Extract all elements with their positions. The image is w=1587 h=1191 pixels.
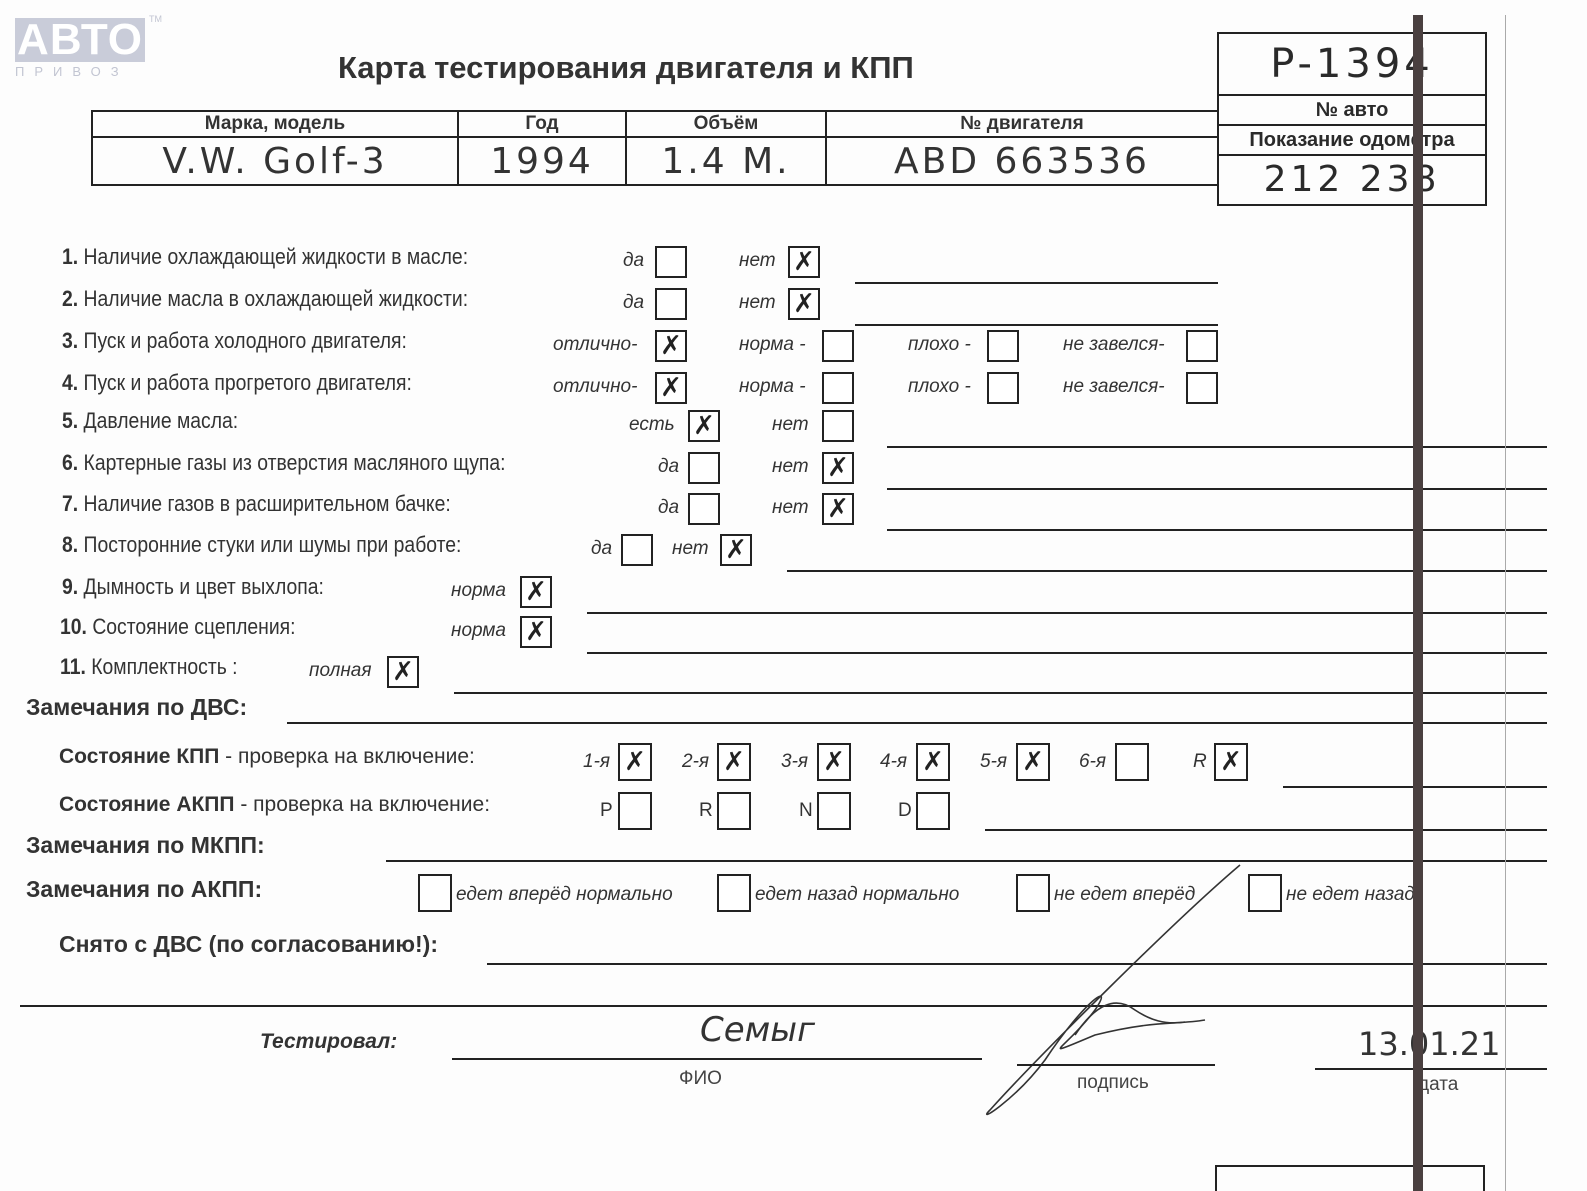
- option-label: нет: [772, 456, 809, 478]
- gear-checkbox[interactable]: ✗: [618, 743, 652, 781]
- question-text: Наличие охлаждающей жидкости в масле:: [84, 244, 469, 269]
- question-number: 1.: [62, 244, 78, 269]
- gear-label: 2-я: [682, 751, 709, 773]
- checkbox[interactable]: ✗: [688, 410, 720, 442]
- checkbox[interactable]: [655, 246, 687, 278]
- engine-no-value: ABD 663536: [826, 137, 1218, 185]
- question-number: 3.: [62, 328, 78, 353]
- option-label: нет: [772, 497, 809, 519]
- date-value: 13.01.21: [1358, 1025, 1501, 1063]
- question-text: Дымность и цвет выхлопа:: [84, 574, 324, 599]
- question-text: Наличие масла в охлаждающей жидкости:: [84, 286, 469, 311]
- gear-checkbox[interactable]: [717, 792, 751, 830]
- checkbox[interactable]: [621, 534, 653, 566]
- gear-checkbox[interactable]: [618, 792, 652, 830]
- question-number: 7.: [62, 491, 78, 516]
- option-label: нет: [672, 538, 709, 560]
- tester-name-line[interactable]: [452, 1058, 982, 1060]
- remarks-manual-label: Замечания по МКПП:: [26, 832, 265, 859]
- checkbox[interactable]: [1186, 330, 1218, 362]
- gear-checkbox[interactable]: ✗: [916, 743, 950, 781]
- check-question-9: 9. Дымность и цвет выхлопа:: [62, 574, 324, 600]
- question-number: 2.: [62, 286, 78, 311]
- gear-checkbox[interactable]: ✗: [817, 743, 851, 781]
- check-question-7: 7. Наличие газов в расширительном бачке:: [62, 491, 451, 517]
- option-label: плохо -: [908, 334, 971, 356]
- question-text: Картерные газы из отверстия масляного щу…: [84, 450, 506, 475]
- gear-label: R: [699, 800, 713, 822]
- akpp-remark-label: едет вперёд нормально: [456, 884, 673, 906]
- gear-checkbox[interactable]: [916, 792, 950, 830]
- checkbox[interactable]: [987, 372, 1019, 404]
- checkbox[interactable]: ✗: [788, 246, 820, 278]
- company-logo: АВТО: [15, 18, 145, 62]
- check-question-3: 3. Пуск и работа холодного двигателя:: [62, 328, 407, 354]
- gear-label: N: [799, 800, 813, 822]
- question-number: 5.: [62, 408, 78, 433]
- option-label: отлично-: [553, 376, 637, 398]
- trademark-mark: TM: [149, 14, 162, 24]
- option-label: норма -: [739, 334, 806, 356]
- gear-label: 4-я: [880, 751, 907, 773]
- question-text: Пуск и работа прогретого двигателя:: [84, 370, 412, 395]
- akpp-remark-label: не едет назад: [1286, 884, 1415, 906]
- check-question-6: 6. Картерные газы из отверстия масляного…: [62, 450, 506, 476]
- notes-line[interactable]: [587, 652, 1547, 654]
- make-model-value: V.W. Golf-3: [92, 137, 458, 185]
- removed-label: Снято с ДВС (по согласованию!):: [59, 931, 438, 958]
- option-label: нет: [739, 292, 776, 314]
- question-text: Давление масла:: [84, 408, 239, 433]
- option-label: есть: [629, 414, 675, 436]
- signature-caption: подпись: [1077, 1072, 1149, 1094]
- option-label: норма -: [739, 376, 806, 398]
- checkbox[interactable]: ✗: [655, 330, 687, 362]
- checkbox[interactable]: ✗: [822, 452, 854, 484]
- gear-checkbox[interactable]: [1115, 743, 1149, 781]
- car-info-box: P-1394 № авто Показание одометра 212 238: [1217, 32, 1487, 206]
- checkbox[interactable]: ✗: [822, 493, 854, 525]
- question-number: 8.: [62, 532, 78, 557]
- question-text: Посторонние стуки или шумы при работе:: [84, 532, 462, 557]
- checkbox[interactable]: [822, 330, 854, 362]
- akpp-remark-label: едет назад нормально: [755, 884, 959, 906]
- checkbox[interactable]: [655, 288, 687, 320]
- remarks-engine-line[interactable]: [287, 722, 1547, 724]
- date-line[interactable]: [1315, 1068, 1547, 1070]
- gear-checkbox[interactable]: ✗: [717, 743, 751, 781]
- option-label: отлично-: [553, 334, 637, 356]
- gear-label: 3-я: [781, 751, 808, 773]
- question-text: Комплектность :: [91, 654, 237, 679]
- gear-label: R: [1193, 751, 1207, 773]
- checkbox[interactable]: ✗: [788, 288, 820, 320]
- checkbox[interactable]: [688, 493, 720, 525]
- notes-line[interactable]: [855, 324, 1218, 326]
- gear-checkbox[interactable]: ✗: [1016, 743, 1050, 781]
- divider: [20, 1005, 1547, 1007]
- check-question-11: 11. Комплектность :: [60, 654, 238, 680]
- option-label: нет: [772, 414, 809, 436]
- odometer-label: Показание одометра: [1219, 126, 1485, 156]
- checkbox[interactable]: [1186, 372, 1218, 404]
- checkbox[interactable]: [987, 330, 1019, 362]
- option-label: не завелся-: [1063, 334, 1165, 356]
- notes-line[interactable]: [587, 612, 1547, 614]
- notes-line[interactable]: [454, 692, 1547, 694]
- notes-line[interactable]: [887, 529, 1547, 531]
- notes-line[interactable]: [887, 446, 1547, 448]
- gear-label: 6-я: [1079, 751, 1106, 773]
- signature-line[interactable]: [1017, 1064, 1215, 1066]
- checkbox[interactable]: [688, 452, 720, 484]
- option-label: норма: [451, 580, 506, 602]
- tested-by-label: Тестировал:: [260, 1030, 397, 1054]
- binder-edge: [1413, 15, 1423, 1191]
- question-number: 6.: [62, 450, 78, 475]
- car-no-value: P-1394: [1219, 34, 1485, 96]
- notes-line[interactable]: [787, 570, 1547, 572]
- date-caption: дата: [1418, 1074, 1458, 1096]
- gear-label: 1-я: [583, 751, 610, 773]
- checkbox[interactable]: ✗: [520, 616, 552, 648]
- gearbox-auto-line[interactable]: [985, 829, 1547, 831]
- year-value: 1994: [458, 137, 626, 185]
- option-label: норма: [451, 620, 506, 642]
- question-number: 9.: [62, 574, 78, 599]
- question-number: 4.: [62, 370, 78, 395]
- akpp-remark-checkbox[interactable]: [418, 874, 452, 912]
- gear-label: 5-я: [980, 751, 1007, 773]
- option-label: да: [658, 497, 679, 519]
- check-question-10: 10. Состояние сцепления:: [60, 614, 296, 640]
- gear-label: D: [898, 800, 912, 822]
- option-label: да: [591, 538, 612, 560]
- volume-value: 1.4 M.: [626, 137, 826, 185]
- gearbox-manual-label: Состояние КПП - проверка на включение:: [59, 745, 475, 769]
- checkbox[interactable]: [822, 372, 854, 404]
- option-label: плохо -: [908, 376, 971, 398]
- odometer-value: 212 238: [1219, 156, 1485, 204]
- option-label: да: [623, 250, 644, 272]
- remarks-engine-label: Замечания по ДВС:: [26, 694, 247, 721]
- vehicle-info-table: Марка, модель Год Объём № двигателя V.W.…: [91, 110, 1219, 186]
- page-title: Карта тестирования двигателя и КПП: [338, 50, 914, 86]
- check-question-1: 1. Наличие охлаждающей жидкости в масле:: [62, 244, 468, 270]
- check-question-4: 4. Пуск и работа прогретого двигателя:: [62, 370, 412, 396]
- tester-name-value: Семыг: [700, 1010, 815, 1050]
- check-question-2: 2. Наличие масла в охлаждающей жидкости:: [62, 286, 468, 312]
- remarks-auto-label: Замечания по АКПП:: [26, 876, 262, 903]
- company-logo-subtitle: ПРИВОЗ: [15, 64, 150, 79]
- gear-label: P: [600, 800, 613, 822]
- notes-line[interactable]: [855, 282, 1218, 284]
- question-number: 11.: [60, 654, 86, 679]
- gear-checkbox[interactable]: [817, 792, 851, 830]
- option-label: да: [623, 292, 644, 314]
- checkbox[interactable]: ✗: [520, 576, 552, 608]
- question-text: Состояние сцепления:: [92, 614, 295, 639]
- checkbox[interactable]: ✗: [720, 534, 752, 566]
- option-label: полная: [309, 660, 372, 682]
- question-text: Наличие газов в расширительном бачке:: [84, 491, 451, 516]
- gearbox-auto-label: Состояние АКПП - проверка на включение:: [59, 793, 490, 817]
- option-label: да: [658, 456, 679, 478]
- checkbox[interactable]: [822, 410, 854, 442]
- notes-line[interactable]: [887, 488, 1547, 490]
- akpp-remark-checkbox[interactable]: [717, 874, 751, 912]
- check-question-8: 8. Посторонние стуки или шумы при работе…: [62, 532, 461, 558]
- header-engine-no: № двигателя: [826, 111, 1218, 137]
- header-year: Год: [458, 111, 626, 137]
- question-number: 10.: [60, 614, 87, 639]
- stamp-box: [1215, 1165, 1485, 1191]
- option-label: нет: [739, 250, 776, 272]
- checkbox[interactable]: ✗: [387, 656, 419, 688]
- header-make-model: Марка, модель: [92, 111, 458, 137]
- check-question-5: 5. Давление масла:: [62, 408, 238, 434]
- remarks-manual-line[interactable]: [386, 860, 1547, 862]
- option-label: не завелся-: [1063, 376, 1165, 398]
- question-text: Пуск и работа холодного двигателя:: [84, 328, 407, 353]
- checkbox[interactable]: ✗: [655, 372, 687, 404]
- header-volume: Объём: [626, 111, 826, 137]
- name-caption: ФИО: [679, 1068, 722, 1090]
- page-edge: [1505, 15, 1506, 1191]
- car-no-label: № авто: [1219, 96, 1485, 126]
- gear-checkbox[interactable]: ✗: [1214, 743, 1248, 781]
